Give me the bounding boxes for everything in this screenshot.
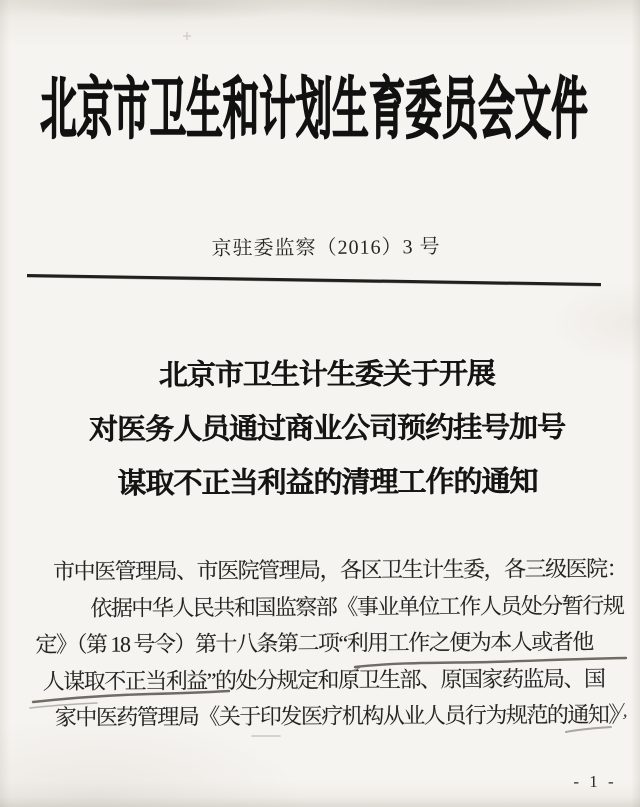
body-line: 定》（第 18 号令）第十八条第二项“利用工作之便为本人或者他 [35,624,632,664]
body-line: 依据中华人民共和国监察部《事业单位工作人员处分暂行规 [90,588,632,627]
agency-header-text: 北京市卫生和计划生育委员会文件 [40,56,588,152]
body-text: 市中医管理局、市医院管理局，各区卫生计生委，各三级医院： 依据中华人民共和国监察… [42,551,633,737]
scan-plus-artifact [183,32,191,40]
body-line: 家中医药管理局《关于印发医疗机构从业人员行为规范的通知》 [55,697,633,737]
notice-title-line-1: 北京市卫生计生委关于开展 [7,346,640,403]
notice-title-line-3: 谋取不正当利益的清理工作的通知 [7,454,640,511]
agency-header-title: 北京市卫生和计划生育委员会文件 [0,62,640,146]
document-number: 京驻委监察（2016）3 号 [6,228,640,263]
scanned-document-page: { "page": { "header_title": "北京市卫生和计划生育委… [0,0,640,807]
notice-title-line-2: 对医务人员通过商业公司预约挂号加号 [7,400,640,457]
notice-title: 北京市卫生计生委关于开展 对医务人员通过商业公司预约挂号加号 谋取不正当利益的清… [7,346,640,511]
body-line-salutation: 市中医管理局、市医院管理局，各区卫生计生委，各三级医院： [53,551,632,591]
body-line: 人谋取不正当利益”的处分规定和原卫生部、原国家药监局、国 [43,661,633,701]
header-divider-rule [27,274,601,286]
page-number: - 1 - [560,772,630,792]
